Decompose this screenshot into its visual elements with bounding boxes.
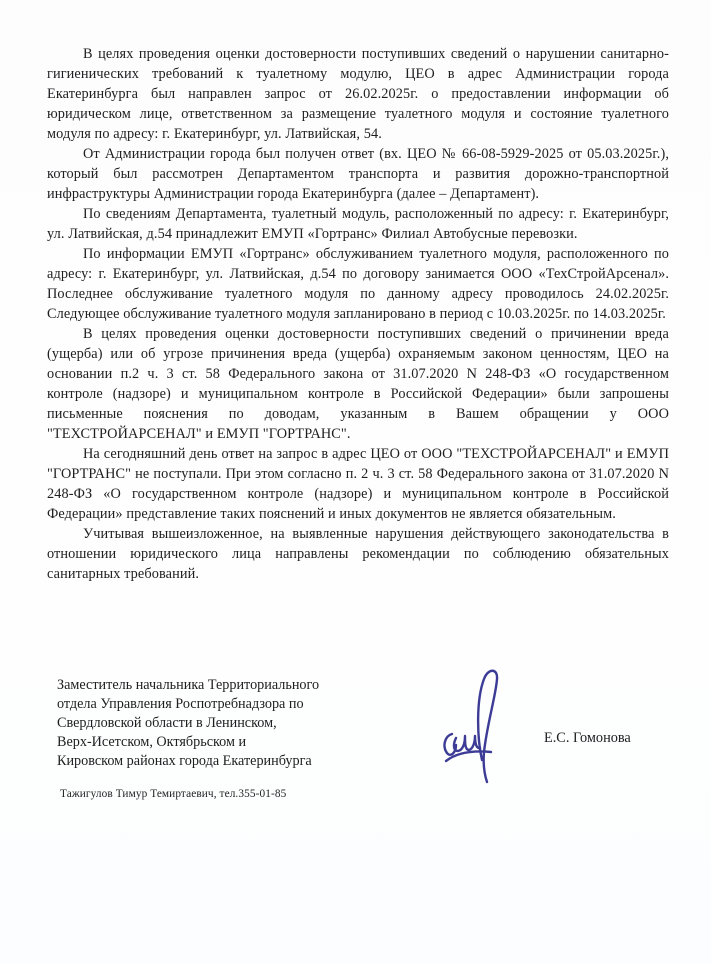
signer-name: Е.С. Гомонова [544,730,631,747]
signer-title-line: Заместитель начальника Территориального [57,676,367,695]
signature-block: Заместитель начальника Территориального … [57,674,669,789]
letter-body: В целях проведения оценки достоверности … [47,44,669,584]
paragraph: От Администрации города был получен отве… [47,144,669,204]
signer-title-line: Свердловской области в Ленинском, [57,714,367,733]
signer-title-line: отдела Управления Роспотребнадзора по [57,695,367,714]
paragraph: Учитывая вышеизложенное, на выявленные н… [47,524,669,584]
paragraph: По сведениям Департамента, туалетный мод… [47,204,669,244]
handwritten-signature-icon [443,666,519,784]
paragraph: По информации ЕМУП «Гортранс» обслуживан… [47,244,669,324]
document-page: В целях проведения оценки достоверности … [0,0,711,964]
paragraph: На сегодняшний день ответ на запрос в ад… [47,444,669,524]
signer-title: Заместитель начальника Территориального … [57,676,367,771]
paragraph: В целях проведения оценки достоверности … [47,44,669,144]
signer-title-line: Кировском районах города Екатеринбурга [57,752,367,771]
signer-title-line: Верх-Исетском, Октябрьском и [57,733,367,752]
executor-contact: Тажигулов Тимур Темиртаевич, тел.355-01-… [60,788,286,800]
paragraph: В целях проведения оценки достоверности … [47,324,669,444]
